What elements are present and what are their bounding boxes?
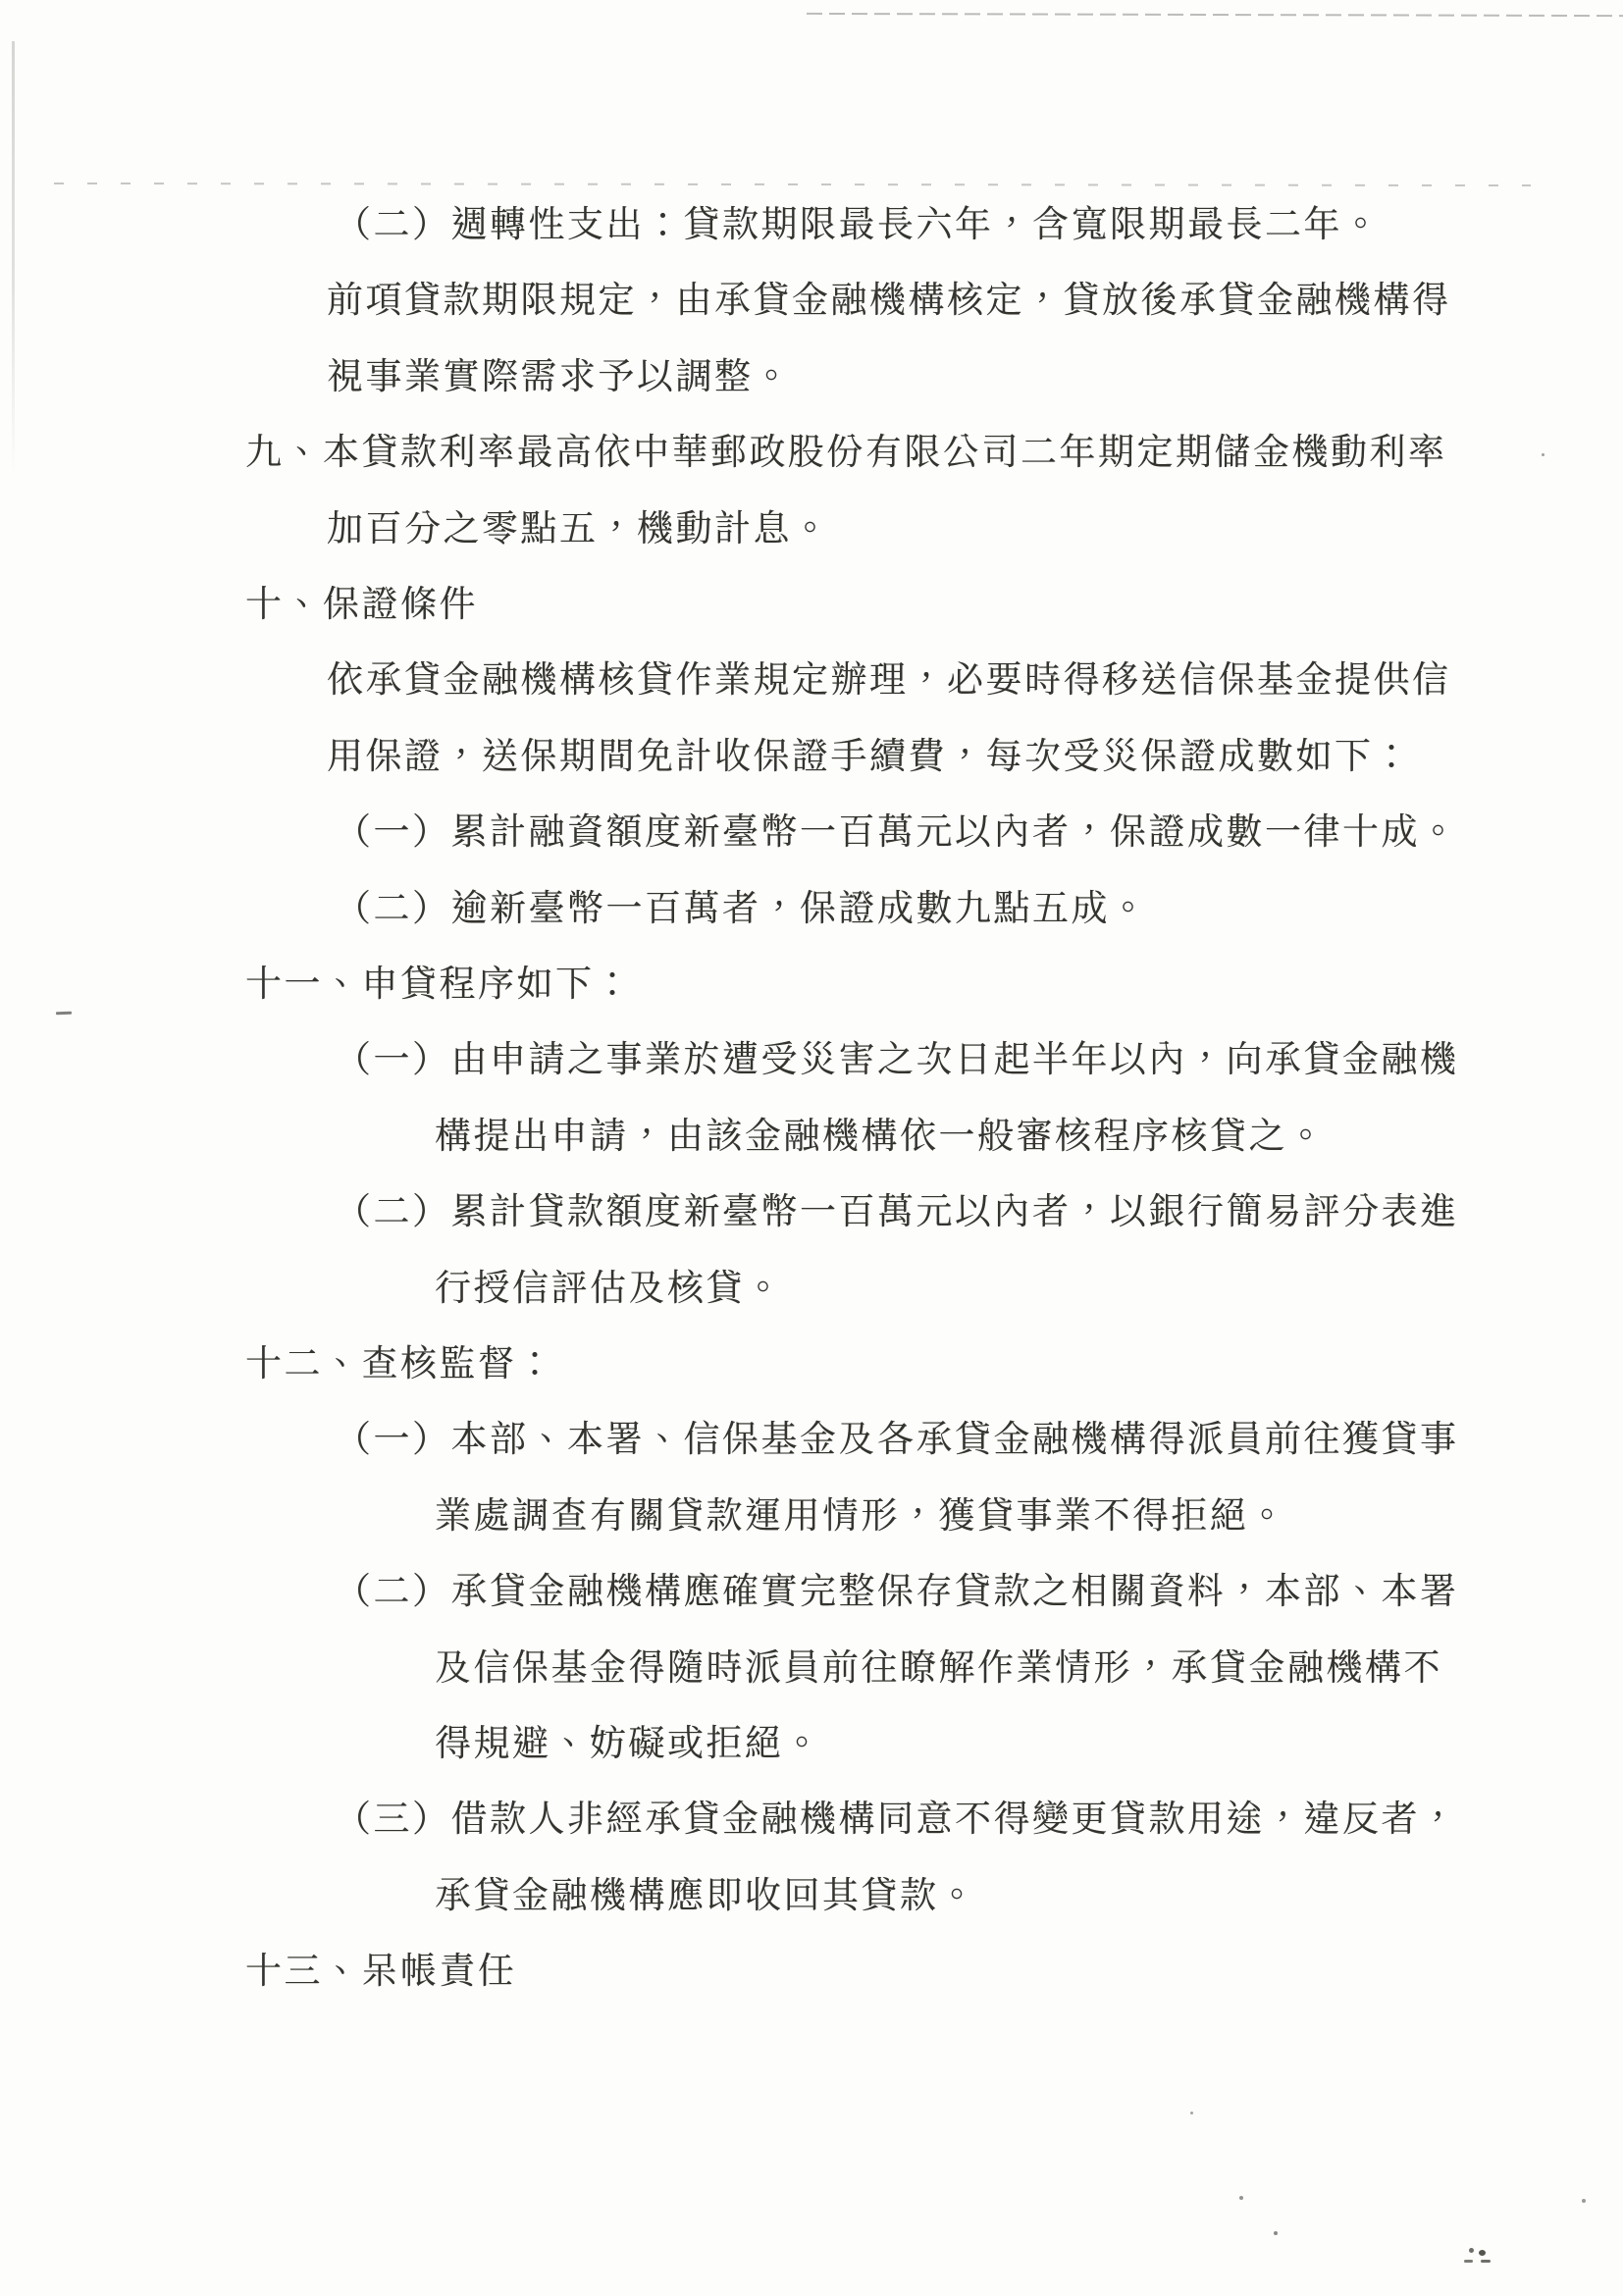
text-line: 九、本貸款利率最高依中華郵政股份有限公司二年期定期儲金機動利率 (245, 430, 1447, 475)
text-line: （二）逾新臺幣一百萬者，保證成數九點五成。 (335, 886, 1149, 931)
text-line: （一）本部、本署、信保基金及各承貸金融機構得派員前往獲貸事 (335, 1417, 1459, 1462)
text-line: 承貸金融機構應即收回其貸款。 (435, 1873, 977, 1918)
text-line: （二）累計貸款額度新臺幣一百萬元以內者，以銀行簡易評分表進 (335, 1189, 1459, 1234)
scan-speck (1582, 2199, 1586, 2203)
scan-edge-line (12, 41, 15, 478)
scan-speck (1464, 2260, 1473, 2263)
text-line: 用保證，送保期間免計收保證手續費，每次受災保證成數如下： (327, 734, 1412, 779)
text-line: （二）週轉性支出：貸款期限最長六年，含寬限期最長二年。 (335, 202, 1382, 247)
text-line: 十一、申貸程序如下： (245, 962, 633, 1007)
scan-speck (1469, 2248, 1474, 2253)
scan-speck (1274, 2231, 1278, 2235)
text-line: 十三、呆帳責任 (245, 1949, 517, 1994)
scan-speck (1239, 2196, 1243, 2200)
scan-artifact (56, 1012, 72, 1016)
text-line: （二）承貸金融機構應確實完整保存貸款之相關資料，本部、本署 (335, 1569, 1459, 1614)
text-line: （三）借款人非經承貸金融機構同意不得變更貸款用途，違反者， (335, 1797, 1459, 1842)
text-line: 視事業實際需求予以調整。 (327, 354, 792, 399)
text-line: 業處調查有關貸款運用情形，獲貸事業不得拒絕。 (435, 1493, 1287, 1539)
scan-speck (1479, 2250, 1486, 2256)
text-line: 十、保證條件 (245, 582, 478, 627)
text-line: 構提出申請，由該金融機構依一般審核程序核貸之。 (435, 1114, 1327, 1159)
scan-artifact-line (54, 183, 1531, 186)
text-line: 及信保基金得隨時派員前往瞭解作業情形，承貸金融機構不 (435, 1645, 1442, 1691)
text-line: 前項貸款期限規定，由承貸金融機構核定，貸放後承貸金融機構得 (327, 278, 1451, 323)
text-line: 十二、查核監督： (245, 1341, 555, 1386)
text-line: 依承貸金融機構核貸作業規定辦理，必要時得移送信保基金提供信 (327, 657, 1451, 703)
scanned-page: （二）週轉性支出：貸款期限最長六年，含寬限期最長二年。前項貸款期限規定，由承貸金… (0, 0, 1623, 2296)
text-line: 行授信評估及核貸。 (435, 1266, 784, 1311)
text-line: 得規避、妨礙或拒絕。 (435, 1721, 822, 1766)
text-line: （一）由申請之事業於遭受災害之次日起半年以內，向承貸金融機 (335, 1037, 1459, 1082)
scan-speck (1190, 2112, 1193, 2114)
scan-speck (1481, 2260, 1491, 2263)
text-line: 加百分之零點五，機動計息。 (327, 506, 831, 551)
scan-artifact-line (807, 13, 1623, 17)
text-line: （一）累計融資額度新臺幣一百萬元以內者，保證成數一律十成。 (335, 809, 1459, 855)
scan-speck (1542, 453, 1544, 456)
